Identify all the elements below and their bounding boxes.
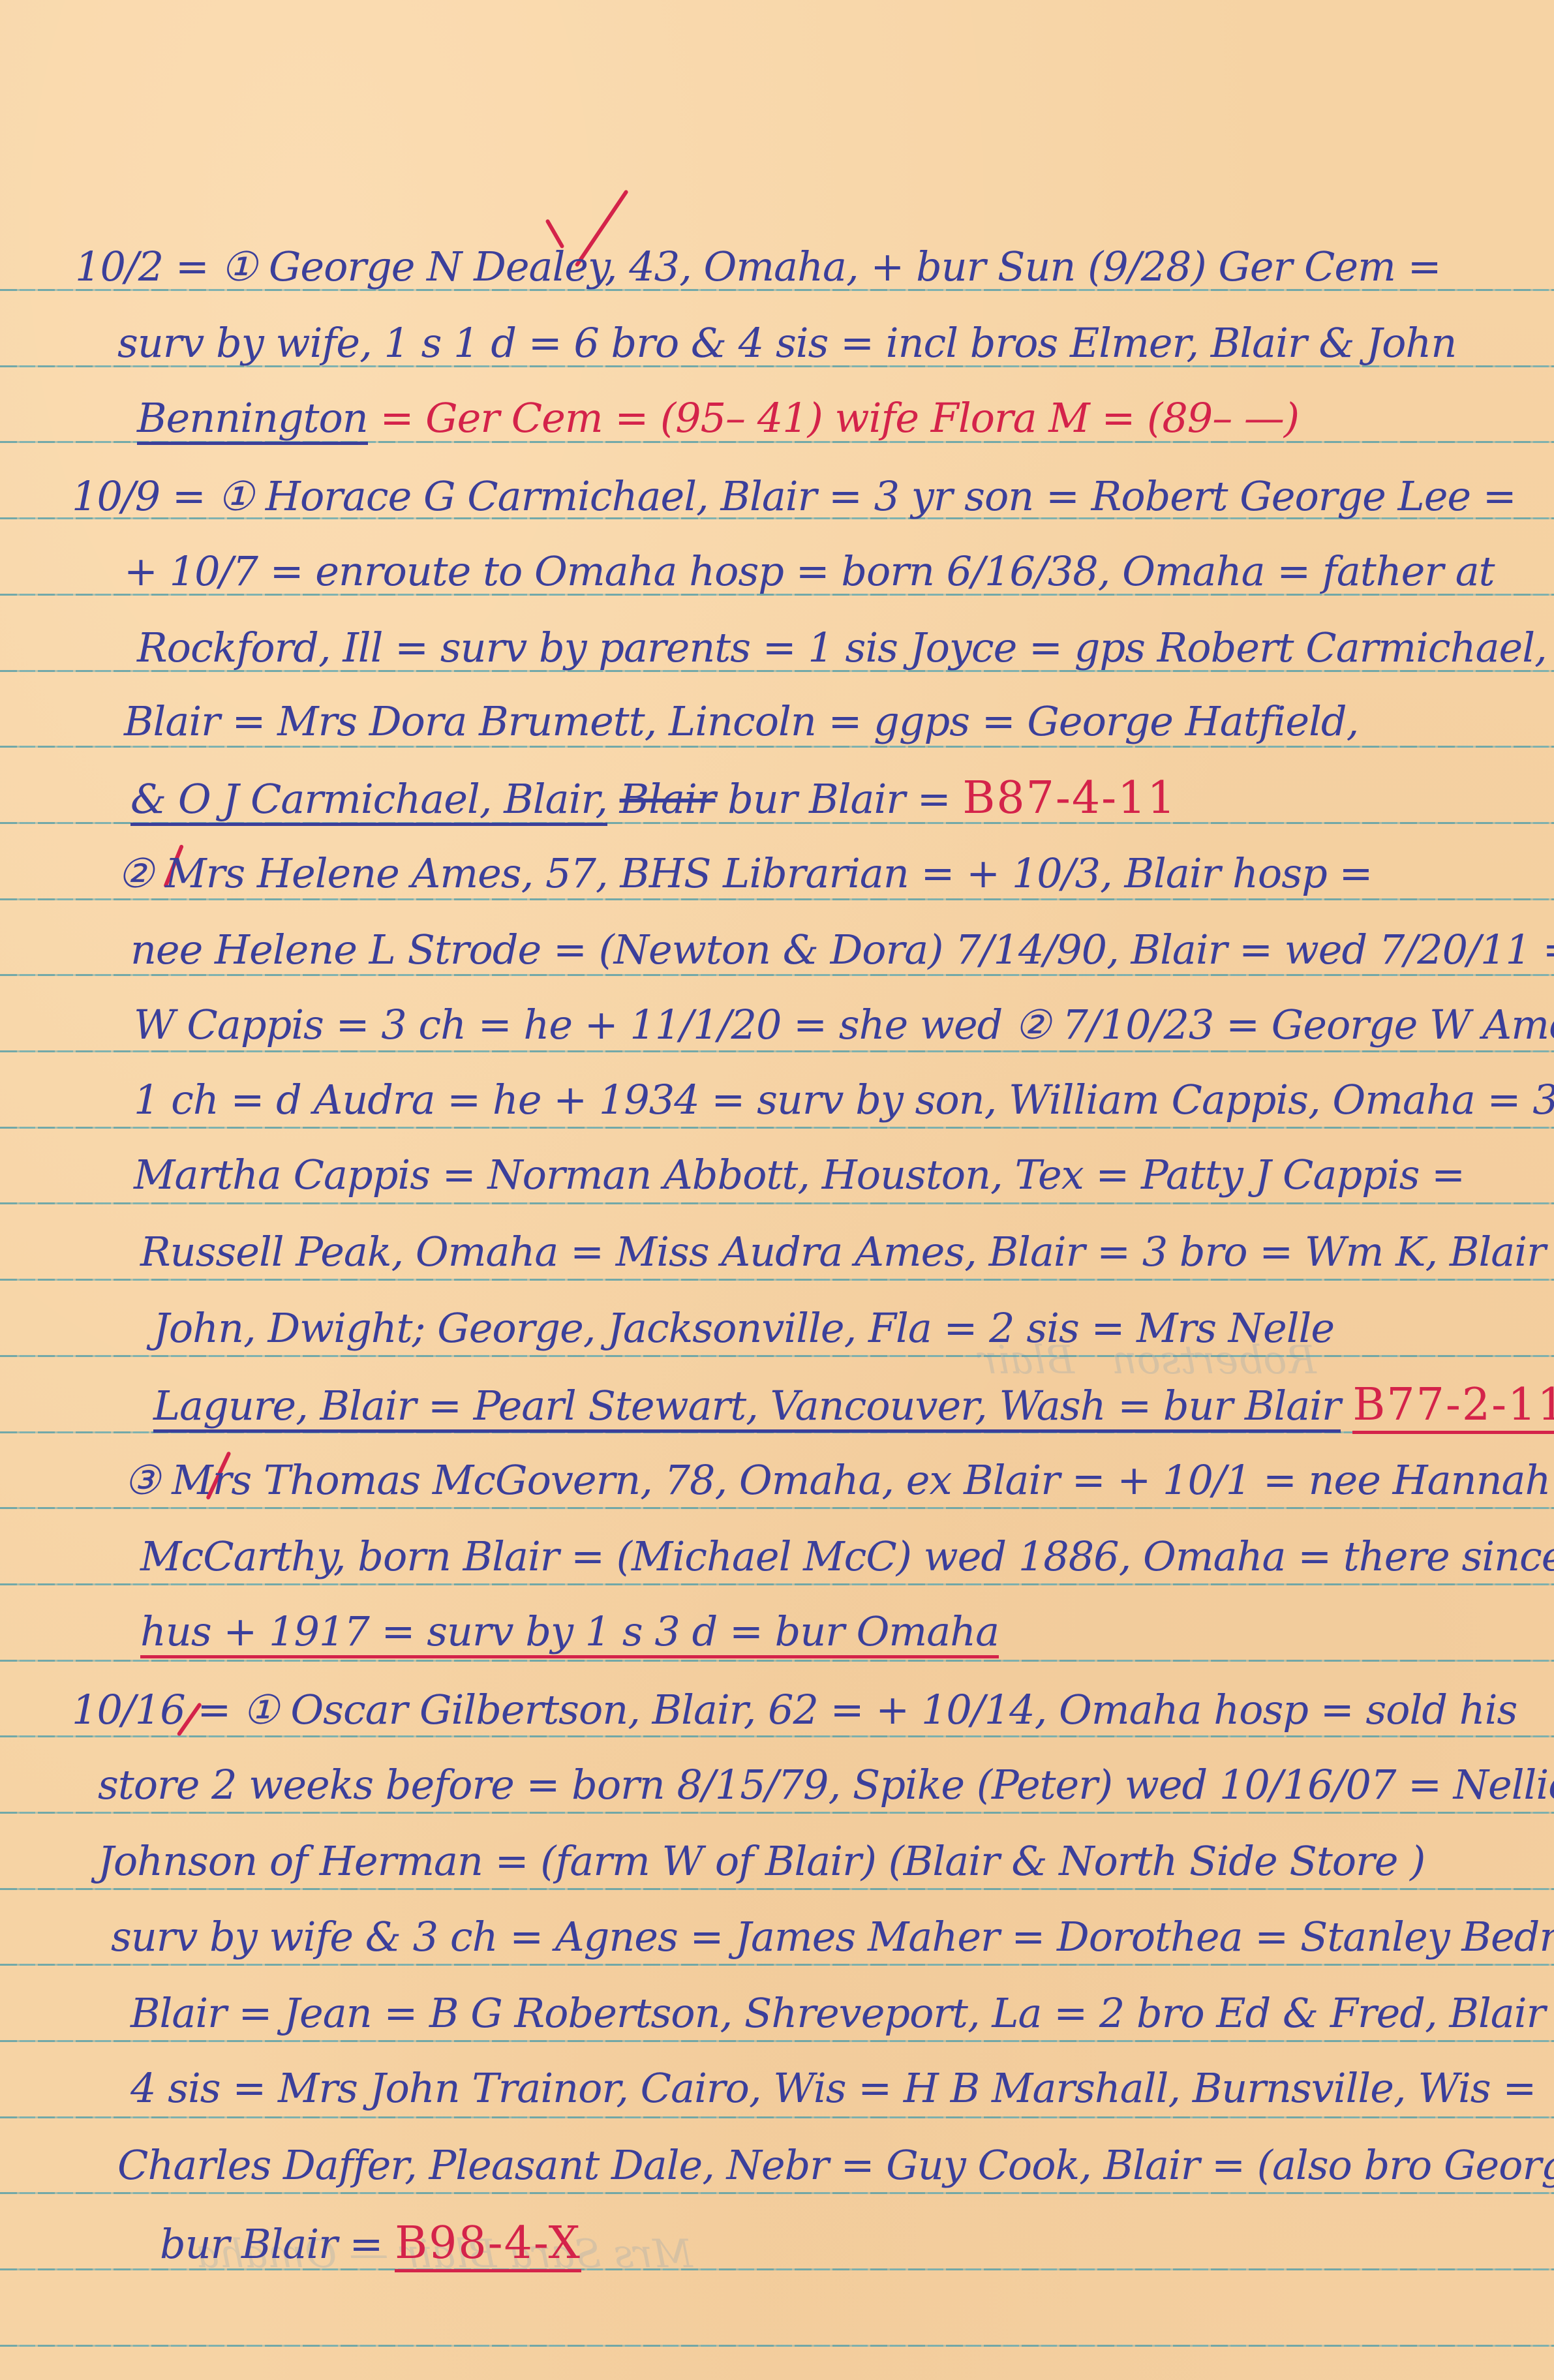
burial-note: bur Blair = (727, 775, 950, 823)
rule-line (0, 2345, 1554, 2347)
rule-line (0, 1888, 1554, 1890)
entry-line: surv by wife, 1 s 1 d = 6 bro & 4 sis = … (117, 323, 1456, 363)
rule-line (0, 1507, 1554, 1509)
rule-line (0, 1202, 1554, 1204)
entry-line-text: hus + 1917 = surv by 1 s 3 d = bur Omaha (140, 1608, 999, 1658)
entry-line: Rockford, Ill = surv by parents = 1 sis … (137, 628, 1547, 668)
rule-line (0, 2040, 1554, 2042)
entry-line: & O J Carmichael, Blair, Blair bur Blair… (130, 776, 1177, 821)
entry-line: 1 ch = d Audra = he + 1934 = surv by son… (134, 1080, 1554, 1120)
rule-line (0, 2192, 1554, 2194)
rule-line (0, 1279, 1554, 1281)
rule-line (0, 746, 1554, 748)
notebook-page: Robertson Blair Mrs Sara Blair — Omaha 1… (0, 0, 1554, 2380)
burial-plot-code: B87-4-11 (962, 772, 1176, 824)
entry-line: 10/16 = ① Oscar Gilbertson, Blair, 62 = … (72, 1690, 1517, 1730)
entry-line-text: & O J Carmichael, Blair, (130, 775, 607, 826)
red-annotation: = Ger Cem = (95– 41) wife Flora M = (89–… (380, 394, 1299, 442)
entry-line: John, Dwight; George, Jacksonville, Fla … (153, 1308, 1334, 1349)
rule-line (0, 1812, 1554, 1814)
entry-line-text: Lagure, Blair = Pearl Stewart, Vancouver… (153, 1382, 1341, 1433)
entry-line: bur Blair = B98-4-X (160, 2221, 581, 2266)
entry-line: Charles Daffer, Pleasant Dale, Nebr = Gu… (117, 2145, 1554, 2186)
entry-line: Martha Cappis = Norman Abbott, Houston, … (134, 1155, 1465, 1195)
rule-line (0, 974, 1554, 976)
entry-line: W Cappis = 3 ch = he + 11/1/20 = she wed… (134, 1005, 1554, 1045)
burial-plot-code: B77-2-11 (1352, 1379, 1554, 1434)
entry-line: ② Mrs Helene Ames, 57, BHS Librarian = +… (117, 853, 1372, 894)
entry-line: + 10/7 = enroute to Omaha hosp = born 6/… (124, 551, 1495, 592)
rule-line (0, 1355, 1554, 1357)
rule-line (0, 1735, 1554, 1737)
entry-line: 4 sis = Mrs John Trainor, Cairo, Wis = H… (130, 2068, 1536, 2109)
rule-line (0, 1127, 1554, 1129)
rule-line (0, 898, 1554, 900)
entry-line-text: bur Blair = (160, 2220, 382, 2268)
entry-line: Johnson of Herman = (farm W of Blair) (B… (98, 1841, 1425, 1882)
place-name: Bennington (137, 394, 368, 445)
entry-line: Bennington = Ger Cem = (95– 41) wife Flo… (137, 398, 1299, 438)
entry-line: surv by wife & 3 ch = Agnes = James Mahe… (111, 1917, 1554, 1957)
entry-line: hus + 1917 = surv by 1 s 3 d = bur Omaha (140, 1611, 999, 1652)
entry-line: Blair = Jean = B G Robertson, Shreveport… (130, 1993, 1545, 2034)
entry-line: Blair = Mrs Dora Brumett, Lincoln = ggps… (124, 701, 1358, 742)
burial-plot-code: B98-4-X (395, 2218, 581, 2272)
rule-line (0, 2116, 1554, 2118)
entry-line: McCarthy, born Blair = (Michael McC) wed… (140, 1536, 1554, 1577)
entry-line: ③ Mrs Thomas McGovern, 78, Omaha, ex Bla… (124, 1460, 1550, 1501)
entry-line: Lagure, Blair = Pearl Stewart, Vancouver… (153, 1383, 1554, 1427)
rule-line (0, 1964, 1554, 1966)
entry-line: store 2 weeks before = born 8/15/79, Spi… (98, 1765, 1554, 1805)
entry-line: 10/9 = ① Horace G Carmichael, Blair = 3 … (72, 476, 1516, 517)
struck-text: Blair (620, 775, 716, 823)
entry-line: Russell Peak, Omaha = Miss Audra Ames, B… (140, 1232, 1546, 1272)
rule-line (0, 1583, 1554, 1585)
entry-line: 10/2 = ① George N Dealey, 43, Omaha, + b… (75, 247, 1441, 287)
entry-line: nee Helene L Strode = (Newton & Dora) 7/… (130, 930, 1554, 970)
rule-line (0, 1050, 1554, 1052)
rule-line (0, 1660, 1554, 1662)
